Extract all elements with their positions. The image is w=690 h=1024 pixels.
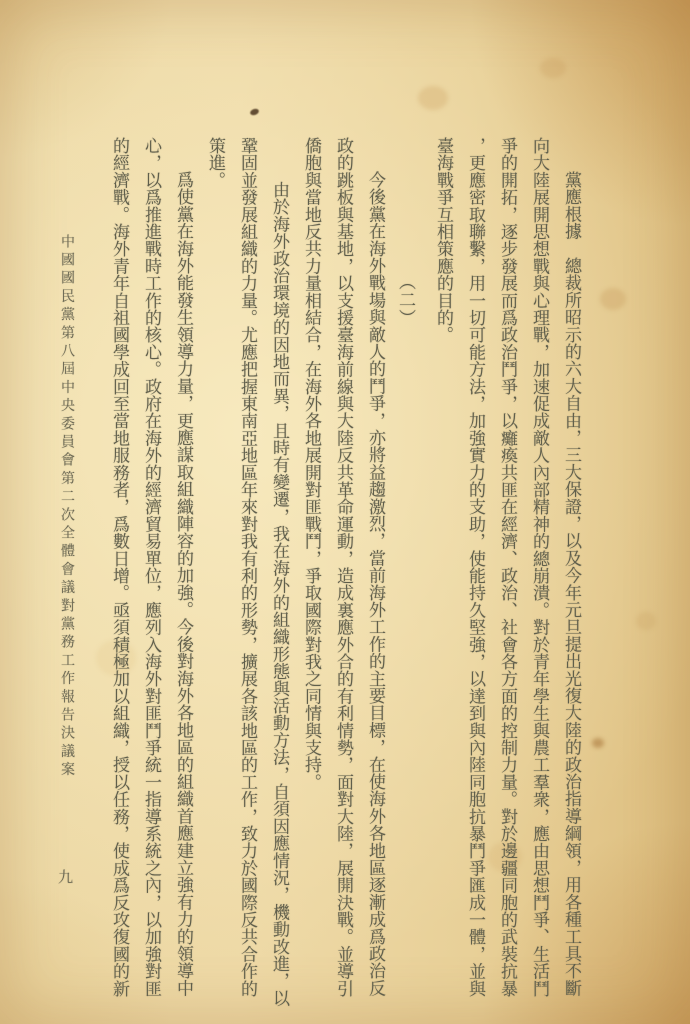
paper-stain <box>592 738 604 748</box>
text-column-1: 黨應根據 總裁所昭示的六大自由，三大保證，以及今年元旦提出光復大陸的政治指導綱領… <box>564 137 584 1019</box>
text-column-7: 政的跳板與基地，以支援臺海前線與大陸反共革命運動，造成裏應外合的有利情勢，面對大… <box>336 137 356 1019</box>
text-column-14: 的經濟戰。海外青年自祖國學成回至當地服務者，爲數日增。亟須積極加以組織，授以任務… <box>112 137 132 1019</box>
text-column-5: 臺海戰爭互相策應的目的。 <box>436 137 456 1019</box>
text-column-3: 爭的開拓，逐步發展而爲政治鬥爭，以癱瘓共匪在經濟、政治、社會各方面的控制力量。對… <box>500 137 520 1019</box>
text-column-13: 心，以爲推進戰時工作的核心。政府在海外的經濟貿易單位，應列入海外對匪鬥爭統一指導… <box>144 137 164 1019</box>
paper-stain <box>540 58 566 78</box>
text-column-4: ，更應密取聯繫，用一切可能方法，加強實力的支助，使能持久堅強，以達到與內陸同胞抗… <box>468 137 488 1019</box>
page-number: 九 <box>58 866 73 887</box>
section-number: （二） <box>398 137 418 1019</box>
text-column-6: 今後黨在海外戰場與敵人的鬥爭，亦將益趨激烈，當前海外工作的主要目標，在使海外各地… <box>368 137 388 1019</box>
scanned-document-page: 黨應根據 總裁所昭示的六大自由，三大保證，以及今年元旦提出光復大陸的政治指導綱領… <box>0 0 690 1024</box>
running-title: 中國國民黨第八屆中央委員會第二次全體會議對黨務工作報告決議案 <box>56 234 76 780</box>
text-column-8: 僑胞與當地反共力量相結合，在海外各地展開對匪戰鬥，爭取國際對我之同情與支持。 <box>304 137 324 1019</box>
paper-stain <box>636 612 656 630</box>
text-column-10: 鞏固並發展組織的力量。尤應把握東南亞地區年來對我有利的形勢，擴展各該地區的工作，… <box>240 137 260 1019</box>
text-column-2: 向大陸展開思想戰與心理戰，加速促成敵人內部精神的總崩潰。對於青年學生與農工羣衆，… <box>532 137 552 1019</box>
paper-stain <box>600 288 626 310</box>
text-column-11: 策進。 <box>208 137 228 1019</box>
ink-speck <box>249 108 260 117</box>
text-column-9: 由於海外政治環境的因地而異，且時有變遷，我在海外的組織形態與活動方法，自須因應情… <box>272 137 292 1019</box>
text-column-12: 爲使黨在海外能發生領導力量，更應謀取組織陣容的加強。今後對海外各地區的組織首應建… <box>176 137 196 1019</box>
main-text: 黨應根據 總裁所昭示的六大自由，三大保證，以及今年元旦提出光復大陸的政治指導綱領… <box>100 137 584 1019</box>
paper-stain <box>418 86 448 110</box>
